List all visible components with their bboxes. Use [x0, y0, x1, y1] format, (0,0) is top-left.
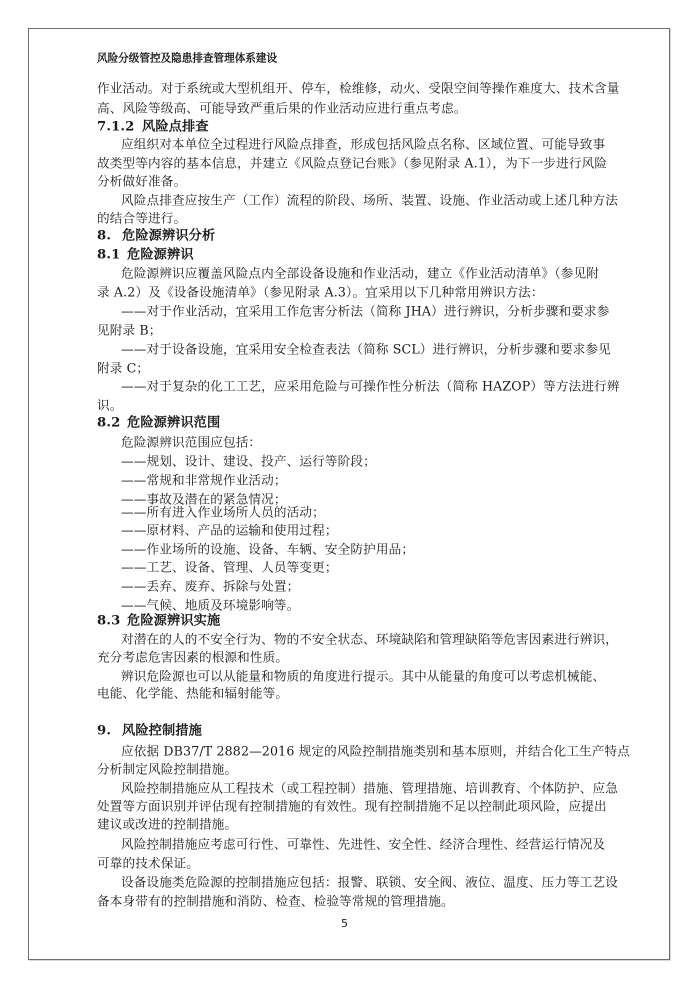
- section-title: 危险源辨识: [127, 248, 194, 263]
- paragraph-line: ——规划、设计、建设、投产、运行等阶段；: [121, 452, 376, 471]
- paragraph-line: 危险源辨识范围应包括：: [121, 433, 261, 452]
- paragraph-line: 建议或改进的控制措施。: [97, 815, 237, 834]
- paragraph-line: 设备设施类危险源的控制措施应包括：报警、联锁、安全阀、液位、温度、压力等工艺设: [121, 873, 618, 892]
- paragraph-line: 识。: [97, 396, 123, 415]
- paragraph-line: 附录 C；: [97, 359, 149, 378]
- paragraph-line: ——工艺、设备、管理、人员等变更；: [121, 558, 338, 577]
- paragraph-line: 风险控制措施应考虑可行性、可靠性、先进性、安全性、经济合理性、经营运行情况及: [121, 835, 605, 854]
- paragraph-line: 处置等方面识别并评估现有控制措施的有效性。现有控制措施不足以控制此项风险，应提出: [97, 797, 607, 816]
- paragraph-line: 备本身带有的控制措施和消防、检查、检验等常规的管理措施。: [97, 892, 454, 911]
- section-heading: 8.1危险源辨识: [97, 246, 194, 265]
- paragraph-line: ——对于复杂的化工工艺，应采用危险与可操作性分析法（简称 HAZOP）等方法进行…: [121, 377, 620, 396]
- paragraph-line: 故类型等内容的基本信息，并建立《风险点登记台账》（参见附录 A.1），为下一步进…: [97, 154, 607, 173]
- paragraph-line: 充分考虑危害因素的根源和性质。: [97, 648, 288, 667]
- paragraph-line: 高、风险等级高、可能导致严重后果的作业活动应进行重点考虑。: [97, 99, 467, 118]
- paragraph-line: 对潜在的人的不安全行为、物的不安全状态、环境缺陷和管理缺陷等危害因素进行辨识，: [121, 630, 618, 649]
- section-heading: 8.3危险源辨识实施: [97, 612, 220, 631]
- paragraph-line: ——对于设备设施，宜采用安全检查表法（简称 SCL）进行辨识，分析步骤和要求参见: [121, 340, 611, 359]
- section-title: 危险源辨识实施: [127, 614, 220, 629]
- paragraph-line: 应依据 DB37/T 2882—2016 规定的风险控制措施类别和基本原则，并结…: [121, 742, 630, 761]
- section-number: 8.2: [97, 414, 127, 433]
- paragraph-line: 录 A.2）及《设备设施清单》（参见附录 A.3）。宜采用以下几种常用辨识方法：: [97, 283, 544, 302]
- section-title: 危险源辨识范围: [127, 416, 220, 431]
- section-number: 8.: [97, 227, 122, 246]
- paragraph-line: ——丢弃、废弃、拆除与处置；: [121, 577, 299, 596]
- section-heading: 7.1.2风险点排查: [97, 118, 209, 137]
- running-header: 风险分级管控及隐患排查管理体系建设: [97, 50, 277, 69]
- section-title: 风险点排查: [142, 120, 209, 135]
- section-heading: 8.危险源辨识分析: [97, 227, 215, 246]
- paragraph-line: 电能、化学能、热能和辐射能等。: [97, 684, 288, 703]
- paragraph-line: 应组织对本单位全过程进行风险点排查，形成包括风险点名称、区域位置、可能导致事: [121, 135, 605, 154]
- paragraph-line: ——作业场所的设施、设备、车辆、安全防护用品；: [121, 540, 414, 559]
- section-heading: 9.风险控制措施: [97, 722, 202, 741]
- page-number: 5: [341, 917, 348, 930]
- paragraph-line: 可靠的技术保证。: [97, 854, 199, 873]
- paragraph-line: 的结合等进行。: [97, 209, 186, 228]
- paragraph-line: ——常规和非常规作业活动；: [121, 471, 287, 490]
- section-heading: 8.2危险源辨识范围: [97, 414, 220, 433]
- paragraph-line: ——对于作业活动，宜采用工作危害分析法（简称 JHA）进行辨识，分析步骤和要求参: [121, 302, 610, 321]
- paragraph-line: 见附录 B；: [97, 321, 162, 340]
- paragraph-line: 危险源辨识应覆盖风险点内全部设备设施和作业活动，建立《作业活动清单》（参见附: [121, 264, 599, 283]
- section-title: 风险控制措施: [122, 724, 202, 739]
- paragraph-line: ——所有进入作业场所人员的活动；: [121, 503, 325, 522]
- section-number: 9.: [97, 722, 122, 741]
- paragraph-line: 分析制定风险控制措施。: [97, 760, 237, 779]
- paragraph-line: ——原材料、产品的运输和使用过程；: [121, 521, 338, 540]
- paragraph-line: 风险控制措施应从工程技术（或工程控制）措施、管理措施、培训教育、个体防护、应急: [121, 779, 618, 798]
- section-number: 8.1: [97, 246, 127, 265]
- paragraph-line: 风险点排查应按生产（工作）流程的阶段、场所、装置、设施、作业活动或上述几种方法: [121, 191, 618, 210]
- section-number: 8.3: [97, 612, 127, 631]
- paragraph-line: 作业活动。对于系统或大型机组开、停车，检维修，动火、受限空间等操作难度大、技术含…: [97, 79, 620, 98]
- section-title: 危险源辨识分析: [122, 229, 215, 244]
- section-number: 7.1.2: [97, 118, 142, 137]
- paragraph-line: 分析做好准备。: [97, 172, 186, 191]
